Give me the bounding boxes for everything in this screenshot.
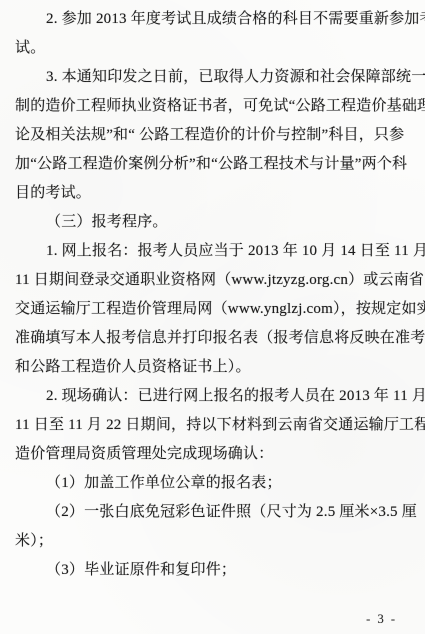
doc-line: 目的考试。 [15,179,413,208]
doc-line: 11 日期间登录交通职业资格网（www.jtzyzg.org.cn）或云南省 [15,266,413,295]
doc-line: 准确填写本人报考信息并打印报名表（报考信息将反映在准考证 [15,324,413,353]
doc-line: 制的造价工程师执业资格证书者，可免试“公路工程造价基础理 [15,92,413,121]
doc-line: 和公路工程造价人员资格证书上）。 [15,353,413,382]
doc-line: （三）报考程序。 [15,208,413,237]
page-number: - 3 - [366,612,397,627]
doc-line: 米）； [15,527,413,556]
doc-line: 2. 参加 2013 年度考试且成绩合格的科目不需要重新参加考 [15,5,413,34]
document-page: 2. 参加 2013 年度考试且成绩合格的科目不需要重新参加考 试。 3. 本通… [0,0,425,634]
doc-line: 加“公路工程造价案例分析”和“公路工程技术与计量”两个科 [15,150,413,179]
document-text-block: 2. 参加 2013 年度考试且成绩合格的科目不需要重新参加考 试。 3. 本通… [15,5,413,585]
doc-line: 试。 [15,34,413,63]
doc-line: （3）毕业证原件和复印件； [15,556,413,585]
doc-line: 3. 本通知印发之日前，已取得人力资源和社会保障部统一印 [15,63,413,92]
doc-line: 交通运输厅工程造价管理局网（www.ynglzj.com），按规定如实、 [15,295,413,324]
doc-line: 2. 现场确认：已进行网上报名的报考人员在 2013 年 11 月 [15,382,413,411]
doc-line: （1）加盖工作单位公章的报名表； [15,469,413,498]
doc-line: 1. 网上报名：报考人员应当于 2013 年 10 月 14 日至 11 月 [15,237,413,266]
doc-line: 论及相关法规”和“ 公路工程造价的计价与控制”科目，只参 [15,121,413,150]
doc-line: 造价管理局资质管理处完成现场确认： [15,440,413,469]
doc-line: （2）一张白底免冠彩色证件照（尺寸为 2.5 厘米×3.5 厘 [15,498,413,527]
doc-line: 11 日至 11 月 22 日期间，持以下材料到云南省交通运输厅工程 [15,411,413,440]
